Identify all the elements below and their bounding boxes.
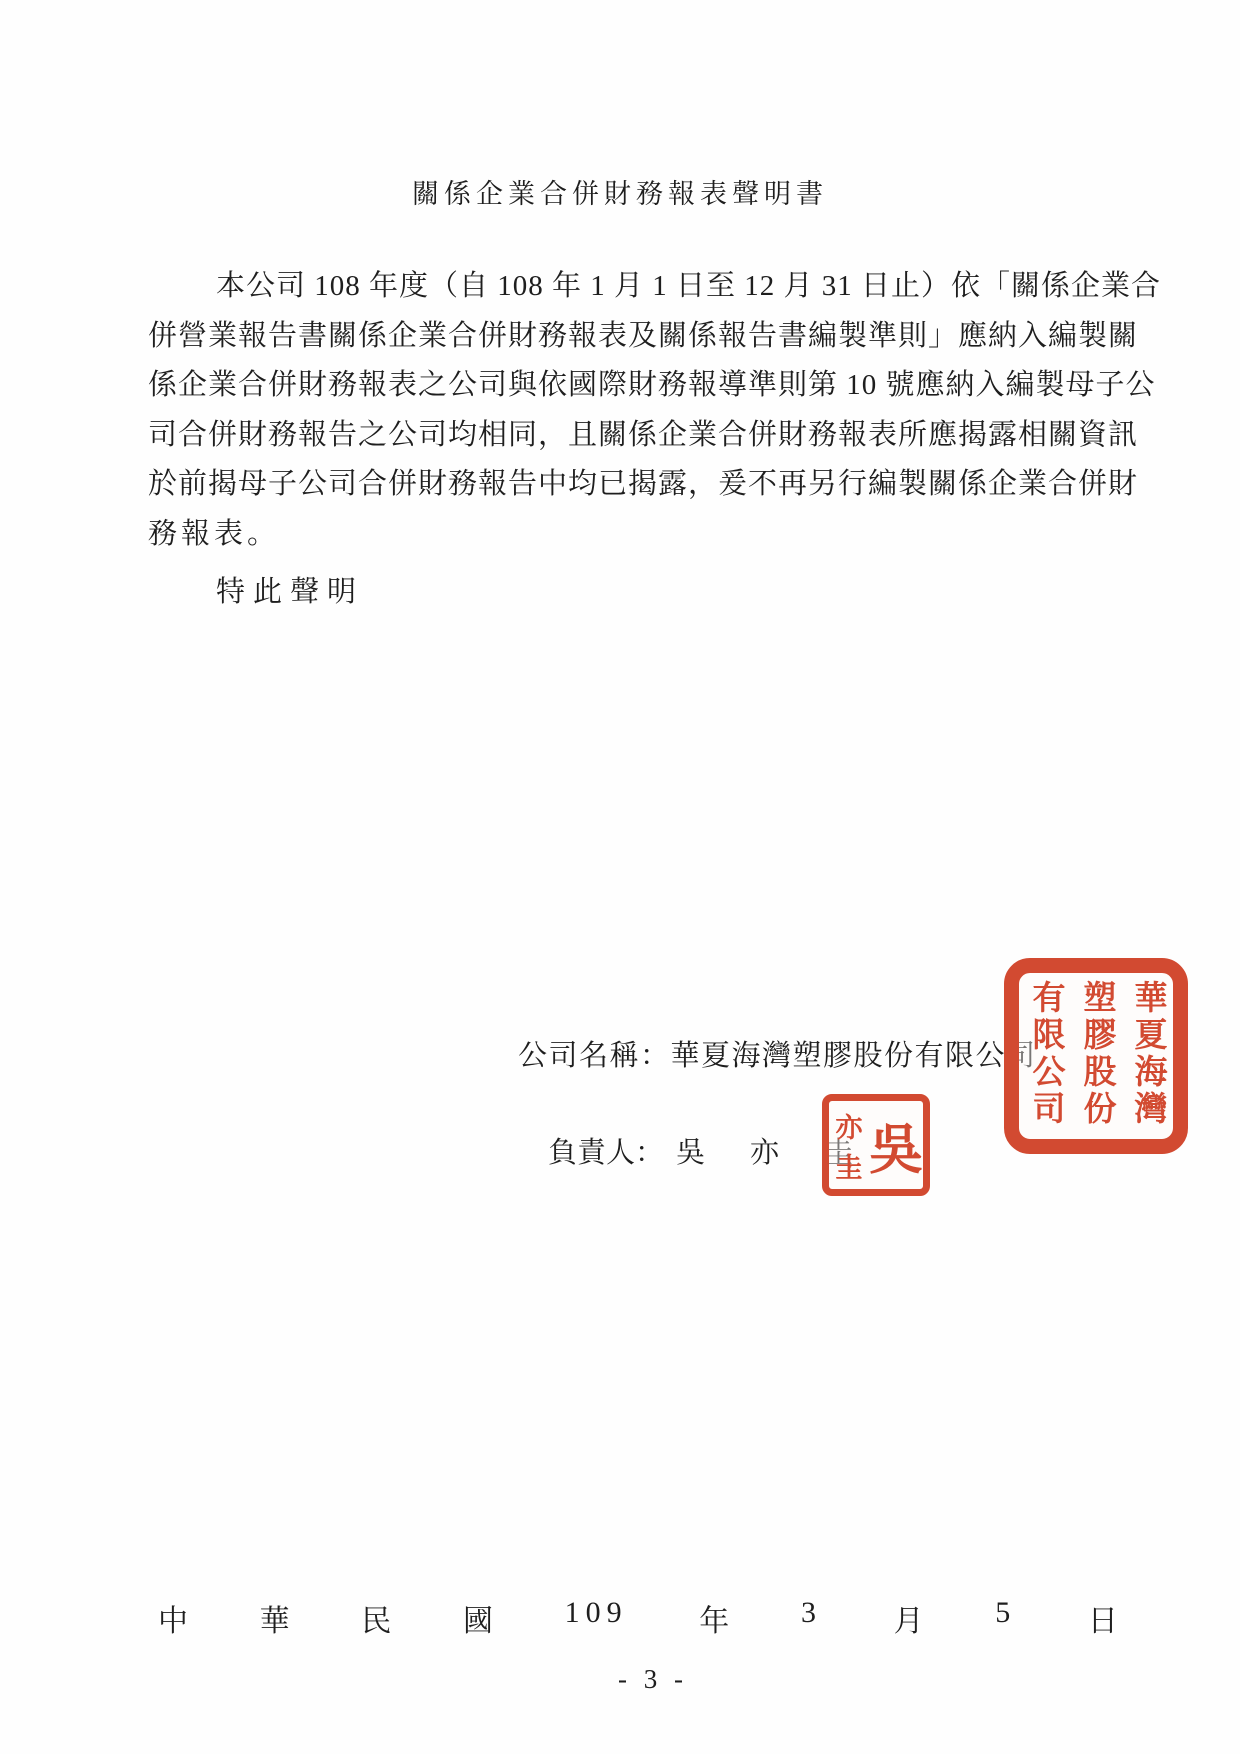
page-number: - 3 - (66, 1664, 1240, 1695)
body-line: 於前揭母子公司合併財務報告中均已揭露，爰不再另行編製關係企業合併財 (148, 460, 1092, 510)
date-char: 華 (260, 1596, 290, 1640)
date-month-value: 3 (801, 1596, 822, 1640)
responsible-person-label: 負責人： (548, 1130, 664, 1171)
date-day-value: 5 (995, 1596, 1016, 1640)
company-name-line: 公司名稱：華夏海灣塑膠股份有限公司 (518, 1033, 1037, 1074)
company-name-label: 公司名稱： (518, 1040, 671, 1072)
date-char: 年 (699, 1596, 729, 1640)
responsible-name-char: 吳 (676, 1130, 705, 1171)
personal-seal-left-column: 亦 圭 (829, 1101, 869, 1189)
date-char: 中 (158, 1596, 188, 1640)
body-line: 係企業合併財務報表之公司與依國際財務報導準則第 10 號應納入編製母子公 (148, 361, 1092, 411)
date-char: 國 (463, 1596, 493, 1640)
personal-seal-char-wu: 吳 (869, 1101, 923, 1189)
body-line: 司合併財務報告之公司均相同，且關係企業合併財務報表所應揭露相關資訊 (148, 411, 1092, 461)
date-line: 中 華 民 國 109 年 3 月 5 日 (158, 1596, 1118, 1640)
company-seal-stamp: 華夏海灣塑膠股份有限公司 (1004, 958, 1188, 1154)
personal-seal-char-yi: 亦 (836, 1106, 863, 1145)
body-line: 務報表。 (148, 510, 1092, 560)
body-paragraph: 本公司 108 年度（自 108 年 1 月 1 日至 12 月 31 日止）依… (148, 262, 1092, 559)
company-seal-text: 華夏海灣塑膠股份有限公司 (1020, 980, 1173, 1132)
company-name-value: 華夏海灣塑膠股份有限公司 (671, 1040, 1037, 1072)
date-char: 民 (361, 1596, 391, 1640)
date-char: 日 (1088, 1596, 1118, 1640)
body-line: 本公司 108 年度（自 108 年 1 月 1 日至 12 月 31 日止）依… (148, 262, 1092, 312)
document-page: 關係企業合併財務報表聲明書 本公司 108 年度（自 108 年 1 月 1 日… (0, 0, 1240, 1754)
document-title: 關係企業合併財務報表聲明書 (0, 172, 1240, 211)
personal-seal-char-gui: 圭 (836, 1146, 863, 1185)
date-year-value: 109 (565, 1596, 628, 1640)
responsible-name-char: 亦 (750, 1130, 779, 1171)
body-line: 併營業報告書關係企業合併財務報表及關係報告書編製準則」應納入編製關 (148, 312, 1092, 362)
personal-seal-stamp: 吳 亦 圭 (822, 1094, 930, 1196)
date-char: 月 (894, 1596, 924, 1640)
closing-statement: 特此聲明 (216, 569, 364, 610)
responsible-person-line: 負責人： 吳 亦 圭 (548, 1130, 853, 1171)
